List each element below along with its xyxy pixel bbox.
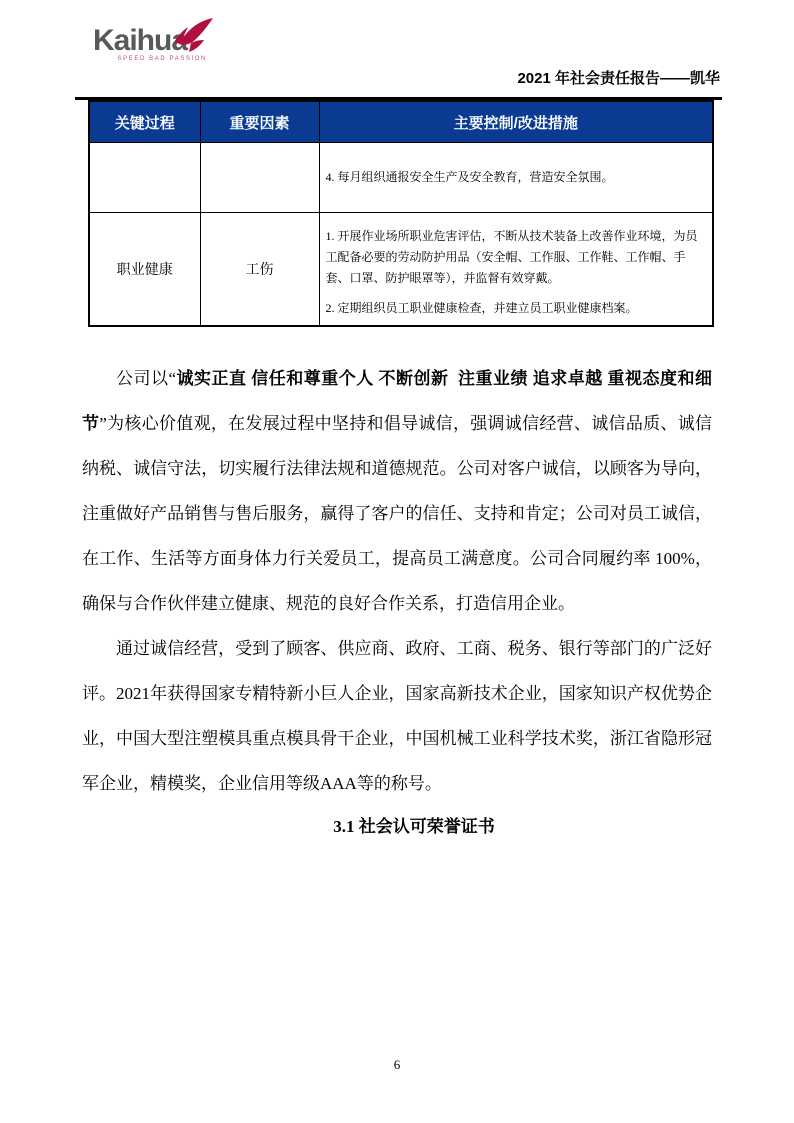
measure-item: 1. 开展作业场所职业危害评估，不断从技术装备上改善作业环境，为员工配备必要的劳… xyxy=(326,226,706,289)
cell-process: 职业健康 xyxy=(89,213,200,326)
cell-process xyxy=(89,143,200,213)
table-header-row: 关键过程 重要因素 主要控制/改进措施 xyxy=(89,101,713,143)
table-row: 职业健康 工伤 1. 开展作业场所职业危害评估，不断从技术装备上改善作业环境，为… xyxy=(89,213,713,326)
report-header-title: 2021 年社会责任报告——凯华 xyxy=(517,67,720,88)
column-header-key-process: 关键过程 xyxy=(89,101,200,143)
honors-paragraph: 通过诚信经营，受到了顾客、供应商、政府、工商、税务、银行等部门的广泛好评。202… xyxy=(82,626,712,806)
measure-item: 4. 每月组织通报安全生产及安全教育，营造安全氛围。 xyxy=(326,167,706,188)
page-number: 6 xyxy=(0,1057,794,1073)
page-header: Kaihua SPEED BAD PASSION 2021 年社会责任报告——凯… xyxy=(75,0,722,100)
table-row: 4. 每月组织通报安全生产及安全教育，营造安全氛围。 xyxy=(89,143,713,213)
cell-measures: 4. 每月组织通报安全生产及安全教育，营造安全氛围。 xyxy=(319,143,713,213)
kaihua-logo: Kaihua SPEED BAD PASSION xyxy=(93,26,213,62)
measure-item: 2. 定期组织员工职业健康检查，并建立员工职业健康档案。 xyxy=(326,298,706,319)
risk-control-table: 关键过程 重要因素 主要控制/改进措施 4. 每月组织通报安全生产及安全教育，营… xyxy=(88,100,714,327)
document-page: Kaihua SPEED BAD PASSION 2021 年社会责任报告——凯… xyxy=(0,0,794,1123)
hummingbird-icon xyxy=(171,17,213,57)
paragraph-suffix: ”为核心价值观，在发展过程中坚持和倡导诚信，强调诚信经营、诚信品质、诚信纳税、诚… xyxy=(82,414,712,613)
section-heading: 3.1 社会认可荣誉证书 xyxy=(82,806,712,848)
cell-factor xyxy=(200,143,319,213)
column-header-important-factor: 重要因素 xyxy=(200,101,319,143)
integrity-paragraph: 公司以“诚实正直 信任和尊重个人 不断创新 注重业绩 追求卓越 重视态度和细节”… xyxy=(82,356,712,626)
paragraph-prefix: 公司以“ xyxy=(116,369,176,388)
column-header-main-measures: 主要控制/改进措施 xyxy=(319,101,713,143)
body-content: 公司以“诚实正直 信任和尊重个人 不断创新 注重业绩 追求卓越 重视态度和细节”… xyxy=(82,356,712,848)
cell-factor: 工伤 xyxy=(200,213,319,326)
cell-measures: 1. 开展作业场所职业危害评估，不断从技术装备上改善作业环境，为员工配备必要的劳… xyxy=(319,213,713,326)
